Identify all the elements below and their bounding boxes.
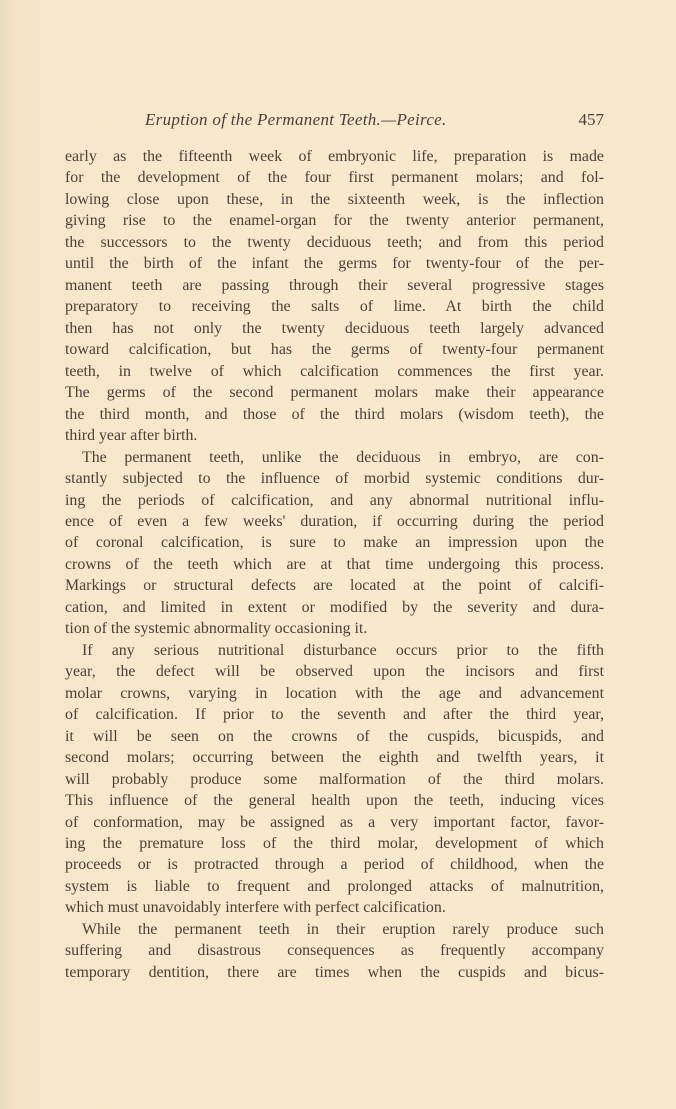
text-line: it will be seen on the crowns of the cus… [65,726,604,747]
paragraph-3: If any serious nutritional disturbance o… [65,640,604,919]
text-line: the successors to the twenty deciduous t… [65,232,604,253]
paragraph-4: While the permanent teeth in their erupt… [65,919,604,983]
text-line: the third month, and those of the third … [65,404,604,425]
text-line: This influence of the general health upo… [65,790,604,811]
text-line: system is liable to frequent and prolong… [65,876,604,897]
text-line: While the permanent teeth in their erupt… [65,919,604,940]
text-line: year, the defect will be observed upon t… [65,661,604,682]
text-line: teeth, in twelve of which calcification … [65,361,604,382]
text-line: ing the periods of calcification, and an… [65,490,604,511]
text-line: which must unavoidably interfere with pe… [65,897,604,918]
paragraph-1: early as the fifteenth week of embryonic… [65,146,604,447]
text-line: third year after birth. [65,425,604,446]
text-line: of conformation, may be assigned as a ve… [65,812,604,833]
text-line: for the development of the four first pe… [65,167,604,188]
text-line: suffering and disastrous consequences as… [65,940,604,961]
text-line: then has not only the twenty deciduous t… [65,318,604,339]
text-line: early as the fifteenth week of embryonic… [65,146,604,167]
text-line: preparatory to receiving the salts of li… [65,296,604,317]
text-line: tion of the systemic abnormality occasio… [65,618,604,639]
text-line: The germs of the second permanent molars… [65,382,604,403]
text-line: proceeds or is protracted through a peri… [65,854,604,875]
text-line: manent teeth are passing through their s… [65,275,604,296]
text-line: cation, and limited in extent or modifie… [65,597,604,618]
book-page: Eruption of the Permanent Teeth.—Peirce.… [0,0,676,1109]
text-line: The permanent teeth, unlike the deciduou… [65,447,604,468]
text-line: temporary dentition, there are times whe… [65,962,604,983]
text-line: toward calcification, but has the germs … [65,339,604,360]
text-line: second molars; occurring between the eig… [65,747,604,768]
body-text: early as the fifteenth week of embryonic… [65,146,604,983]
text-line: of calcification. If prior to the sevent… [65,704,604,725]
text-line: giving rise to the enamel-organ for the … [65,210,604,231]
text-line: will probably produce some malformation … [65,769,604,790]
paragraph-2: The permanent teeth, unlike the deciduou… [65,447,604,640]
running-head: Eruption of the Permanent Teeth.—Peirce.… [65,109,604,131]
text-line: stantly subjected to the influence of mo… [65,468,604,489]
text-line: Markings or structural defects are locat… [65,575,604,596]
text-line: crowns of the teeth which are at that ti… [65,554,604,575]
text-line: of coronal calcification, is sure to mak… [65,532,604,553]
running-title: Eruption of the Permanent Teeth.—Peirce. [145,109,447,131]
text-line: ence of even a few weeks' duration, if o… [65,511,604,532]
text-line: If any serious nutritional disturbance o… [65,640,604,661]
text-line: until the birth of the infant the germs … [65,253,604,274]
text-line: molar crowns, varying in location with t… [65,683,604,704]
text-line: ing the premature loss of the third mola… [65,833,604,854]
page-number: 457 [579,109,605,131]
text-line: lowing close upon these, in the sixteent… [65,189,604,210]
